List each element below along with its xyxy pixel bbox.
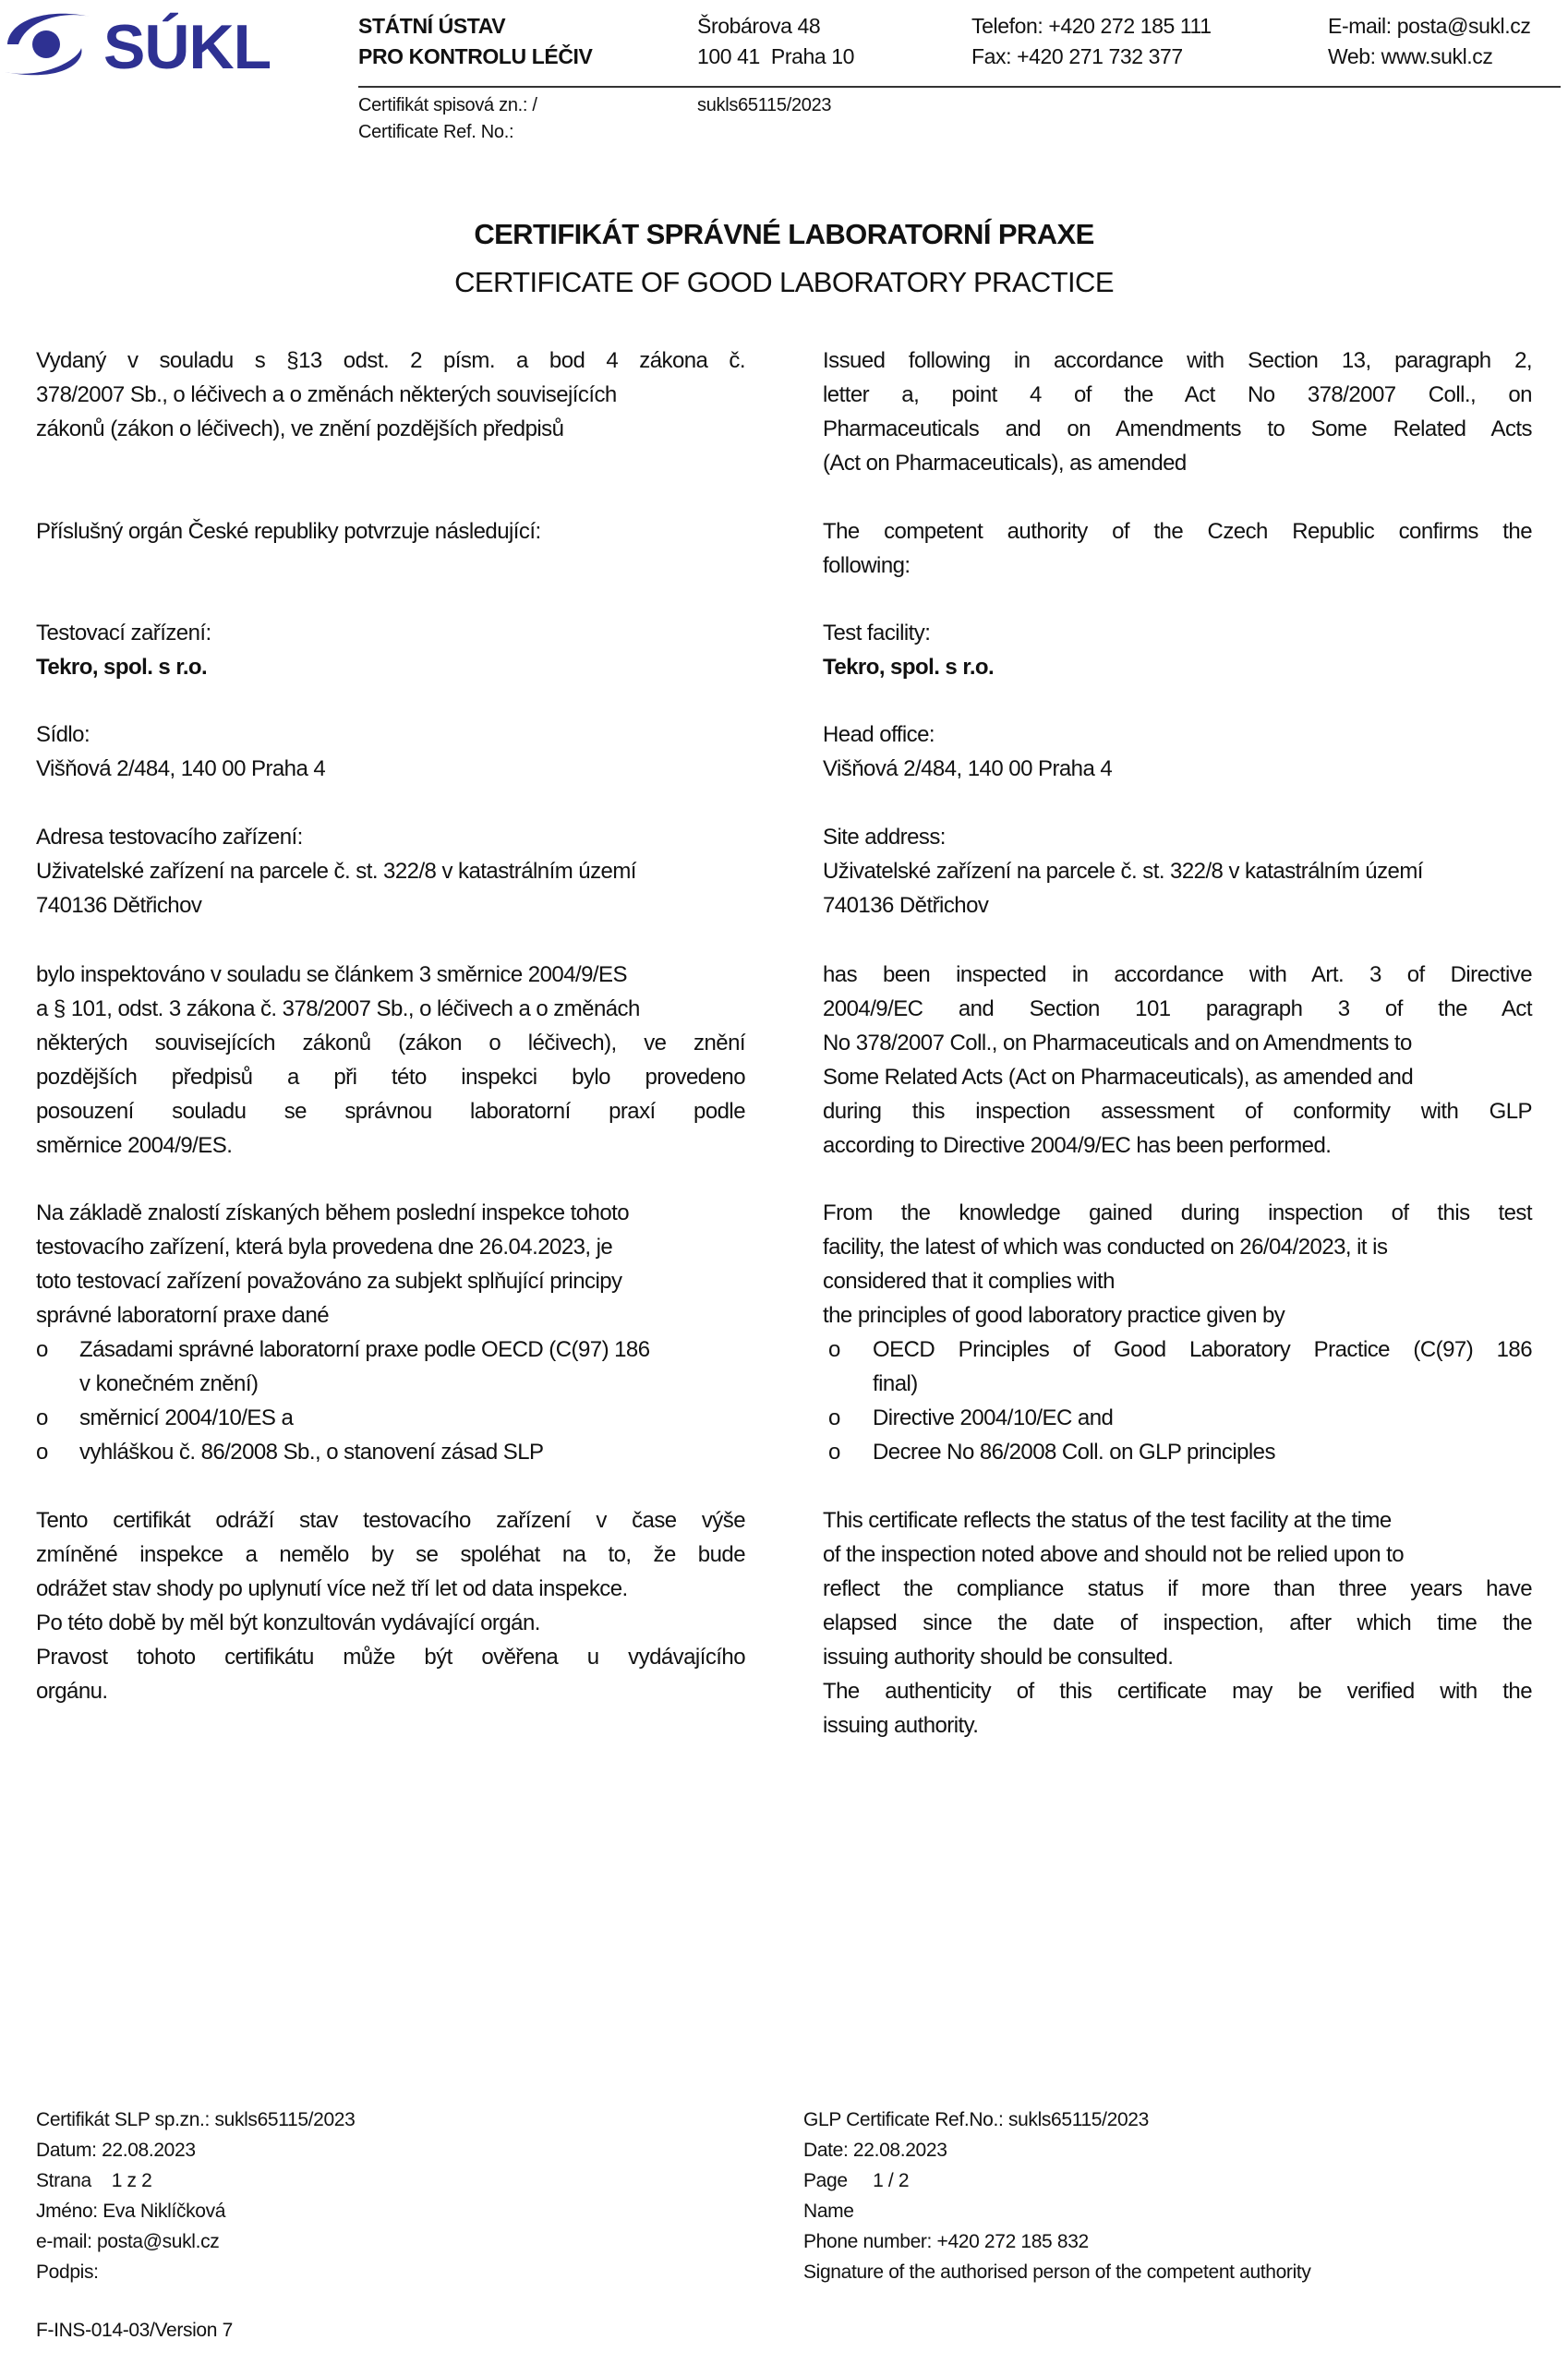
certificate-ref-label: Certifikát spisová zn.: / Certificate Re… xyxy=(358,92,537,146)
seat-label: Sídlo: xyxy=(36,718,745,752)
address-street: Šrobárova 48 xyxy=(697,11,854,42)
left-facility: Testovací zařízení: Tekro, spol. s r.o. xyxy=(36,616,745,684)
text-line: a § 101, odst. 3 zákona č. 378/2007 Sb.,… xyxy=(36,992,745,1026)
right-knowledge: From the knowledge gained during inspect… xyxy=(823,1196,1532,1469)
site-value-line: 740136 Dětřichov xyxy=(823,888,1532,923)
text-line: during this inspection assessment of con… xyxy=(823,1094,1532,1128)
text-line: testovacího zařízení, která byla provede… xyxy=(36,1230,745,1264)
list-item-text: směrnicí 2004/10/ES a xyxy=(79,1401,745,1435)
sukl-logo: SÚKL xyxy=(0,4,286,83)
text-line: Pravost tohoto certifikátu může být ověř… xyxy=(36,1640,745,1674)
left-validity: Tento certifikát odráží stav testovacího… xyxy=(36,1503,745,1708)
text-line: zákonů (zákon o léčivech), ve znění pozd… xyxy=(36,412,745,446)
facility-name: Tekro, spol. s r.o. xyxy=(823,650,1532,684)
fax-number: Fax: +420 271 732 377 xyxy=(971,42,1212,72)
text-line: No 378/2007 Coll., on Pharmaceuticals an… xyxy=(823,1026,1532,1060)
list-item-text: Directive 2004/10/EC and xyxy=(873,1401,1532,1435)
text-line: odrážet stav shody po uplynutí více než … xyxy=(36,1572,745,1606)
text-line: některých souvisejících zákonů (zákon o … xyxy=(36,1026,745,1060)
left-seat: Sídlo: Višňová 2/484, 140 00 Praha 4 xyxy=(36,718,745,786)
footer-right: GLP Certificate Ref.No.: sukls65115/2023… xyxy=(803,2105,1311,2287)
text-line: facility, the latest of which was conduc… xyxy=(823,1230,1532,1264)
hollow-bullet-icon: o xyxy=(36,1333,48,1367)
footer-name: Jméno: Eva Niklíčková xyxy=(36,2196,355,2226)
footer-ref: GLP Certificate Ref.No.: sukls65115/2023 xyxy=(803,2105,1311,2135)
text-line: Po této době by měl být konzultován vydá… xyxy=(36,1606,745,1640)
footer-date: Datum: 22.08.2023 xyxy=(36,2135,355,2165)
footer-ref: Certifikát SLP sp.zn.: sukls65115/2023 xyxy=(36,2105,355,2135)
text-line: Vydaný v souladu s §13 odst. 2 písm. a b… xyxy=(36,344,745,378)
text-line: The competent authority of the Czech Rep… xyxy=(823,514,1532,549)
list-item: o směrnicí 2004/10/ES a xyxy=(36,1401,745,1435)
org-contact-phone: Telefon: +420 272 185 111 Fax: +420 271 … xyxy=(971,11,1212,72)
list-item: o vyhláškou č. 86/2008 Sb., o stanovení … xyxy=(36,1435,745,1469)
text-line: according to Directive 2004/9/EC has bee… xyxy=(823,1128,1532,1163)
site-value-line: 740136 Dětřichov xyxy=(36,888,745,923)
form-code: F-INS-014-03/Version 7 xyxy=(36,2320,233,2342)
text-line: 378/2007 Sb., o léčivech a o změnách něk… xyxy=(36,378,745,412)
certificate-ref-value: sukls65115/2023 xyxy=(697,92,831,119)
text-line: (Act on Pharmaceuticals), as amended xyxy=(823,446,1532,480)
footer-phone: Phone number: +420 272 185 832 xyxy=(803,2226,1311,2257)
text-line: following: xyxy=(823,549,1532,583)
right-inspected: has been inspected in accordance with Ar… xyxy=(823,958,1532,1163)
text-line: Some Related Acts (Act on Pharmaceutical… xyxy=(823,1060,1532,1094)
list-item-text: OECD Principles of Good Laboratory Pract… xyxy=(873,1333,1532,1367)
text-line: zmíněné inspekce a nemělo by se spoléhat… xyxy=(36,1538,745,1572)
text-line: toto testovací zařízení považováno za su… xyxy=(36,1264,745,1298)
text-line: has been inspected in accordance with Ar… xyxy=(823,958,1532,992)
footer-left: Certifikát SLP sp.zn.: sukls65115/2023 D… xyxy=(36,2105,355,2287)
list-item-text: final) xyxy=(823,1367,1532,1401)
right-validity: This certificate reflects the status of … xyxy=(823,1503,1532,1743)
footer-page: Strana 1 z 2 xyxy=(36,2165,355,2196)
right-site: Site address: Uživatelské zařízení na pa… xyxy=(823,820,1532,923)
facility-label: Testovací zařízení: xyxy=(36,616,745,650)
text-line: pozdějších předpisů a při této inspekci … xyxy=(36,1060,745,1094)
left-inspected: bylo inspektováno v souladu se článkem 3… xyxy=(36,958,745,1163)
text-line: issuing authority. xyxy=(823,1708,1532,1743)
text-line: considered that it complies with xyxy=(823,1264,1532,1298)
ref-label-en: Certificate Ref. No.: xyxy=(358,119,537,146)
svg-text:SÚKL: SÚKL xyxy=(103,12,271,82)
text-line: Na základě znalostí získaných během posl… xyxy=(36,1196,745,1230)
phone-number: Telefon: +420 272 185 111 xyxy=(971,11,1212,42)
org-name-line1: STÁTNÍ ÚSTAV xyxy=(358,11,592,42)
footer-email: e-mail: posta@sukl.cz xyxy=(36,2226,355,2257)
text-line: Tento certifikát odráží stav testovacího… xyxy=(36,1503,745,1538)
hollow-bullet-icon: o xyxy=(36,1401,48,1435)
right-facility: Test facility: Tekro, spol. s r.o. xyxy=(823,616,1532,684)
web-link[interactable]: Web: www.sukl.cz xyxy=(1328,42,1530,72)
text-line: issuing authority should be consulted. xyxy=(823,1640,1532,1674)
left-knowledge: Na základě znalostí získaných během posl… xyxy=(36,1196,745,1469)
list-item: o OECD Principles of Good Laboratory Pra… xyxy=(823,1333,1532,1367)
text-line: reflect the compliance status if more th… xyxy=(823,1572,1532,1606)
list-item-text: vyhláškou č. 86/2008 Sb., o stanovení zá… xyxy=(79,1435,745,1469)
left-intro: Vydaný v souladu s §13 odst. 2 písm. a b… xyxy=(36,344,745,446)
site-value-line: Uživatelské zařízení na parcele č. st. 3… xyxy=(36,854,745,888)
hollow-bullet-icon: o xyxy=(828,1333,840,1367)
address-city: 100 41 Praha 10 xyxy=(697,42,854,72)
org-address: Šrobárova 48 100 41 Praha 10 xyxy=(697,11,854,72)
right-seat: Head office: Višňová 2/484, 140 00 Praha… xyxy=(823,718,1532,786)
left-site: Adresa testovacího zařízení: Uživatelské… xyxy=(36,820,745,923)
org-name: STÁTNÍ ÚSTAV PRO KONTROLU LÉČIV xyxy=(358,11,592,72)
ref-label-cz: Certifikát spisová zn.: / xyxy=(358,92,537,119)
right-confirms: The competent authority of the Czech Rep… xyxy=(823,514,1532,583)
footer-name: Name xyxy=(803,2196,1311,2226)
facility-label: Test facility: xyxy=(823,616,1532,650)
list-item: o Directive 2004/10/EC and xyxy=(823,1401,1532,1435)
footer-date: Date: 22.08.2023 xyxy=(803,2135,1311,2165)
text-line: The authenticity of this certificate may… xyxy=(823,1674,1532,1708)
document-title-en: CERTIFICATE OF GOOD LABORATORY PRACTICE xyxy=(0,266,1568,299)
document-title-cz: CERTIFIKÁT SPRÁVNÉ LABORATORNÍ PRAXE xyxy=(0,218,1568,251)
sukl-eye-icon: SÚKL xyxy=(0,4,286,83)
org-contact-online: E-mail: posta@sukl.cz Web: www.sukl.cz xyxy=(1328,11,1530,72)
hollow-bullet-icon: o xyxy=(828,1401,840,1435)
text-line: Pharmaceuticals and on Amendments to Som… xyxy=(823,412,1532,446)
text-line: směrnice 2004/9/ES. xyxy=(36,1128,745,1163)
text-line: elapsed since the date of inspection, af… xyxy=(823,1606,1532,1640)
list-item: o Zásadami správné laboratorní praxe pod… xyxy=(36,1333,745,1367)
seat-label: Head office: xyxy=(823,718,1532,752)
right-intro: Issued following in accordance with Sect… xyxy=(823,344,1532,480)
text-line: letter a, point 4 of the Act No 378/2007… xyxy=(823,378,1532,412)
footer-page: Page 1 / 2 xyxy=(803,2165,1311,2196)
text-line: posouzení souladu se správnou laboratorn… xyxy=(36,1094,745,1128)
text-line: 2004/9/EC and Section 101 paragraph 3 of… xyxy=(823,992,1532,1026)
list-item: o Decree No 86/2008 Coll. on GLP princip… xyxy=(823,1435,1532,1469)
text-line: the principles of good laboratory practi… xyxy=(823,1298,1532,1333)
hollow-bullet-icon: o xyxy=(36,1435,48,1469)
list-item-text: Decree No 86/2008 Coll. on GLP principle… xyxy=(873,1435,1532,1469)
org-name-line2: PRO KONTROLU LÉČIV xyxy=(358,42,592,72)
header-divider xyxy=(358,86,1561,88)
seat-value: Višňová 2/484, 140 00 Praha 4 xyxy=(823,752,1532,786)
text-line: From the knowledge gained during inspect… xyxy=(823,1196,1532,1230)
site-label: Adresa testovacího zařízení: xyxy=(36,820,745,854)
footer-signature-label: Signature of the authorised person of th… xyxy=(803,2257,1311,2287)
facility-name: Tekro, spol. s r.o. xyxy=(36,650,745,684)
text-line: of the inspection noted above and should… xyxy=(823,1538,1532,1572)
seat-value: Višňová 2/484, 140 00 Praha 4 xyxy=(36,752,745,786)
text-line: orgánu. xyxy=(36,1674,745,1708)
list-item-text: Zásadami správné laboratorní praxe podle… xyxy=(79,1333,745,1367)
site-value-line: Uživatelské zařízení na parcele č. st. 3… xyxy=(823,854,1532,888)
site-label: Site address: xyxy=(823,820,1532,854)
list-item-text: v konečném znění) xyxy=(36,1367,745,1401)
text-line: bylo inspektováno v souladu se článkem 3… xyxy=(36,958,745,992)
left-confirms: Příslušný orgán České republiky potvrzuj… xyxy=(36,514,745,549)
text-line: Příslušný orgán České republiky potvrzuj… xyxy=(36,514,745,549)
email-link[interactable]: E-mail: posta@sukl.cz xyxy=(1328,11,1530,42)
hollow-bullet-icon: o xyxy=(828,1435,840,1469)
text-line: This certificate reflects the status of … xyxy=(823,1503,1532,1538)
text-line: správné laboratorní praxe dané xyxy=(36,1298,745,1333)
footer-signature-label: Podpis: xyxy=(36,2257,355,2287)
text-line: Issued following in accordance with Sect… xyxy=(823,344,1532,378)
